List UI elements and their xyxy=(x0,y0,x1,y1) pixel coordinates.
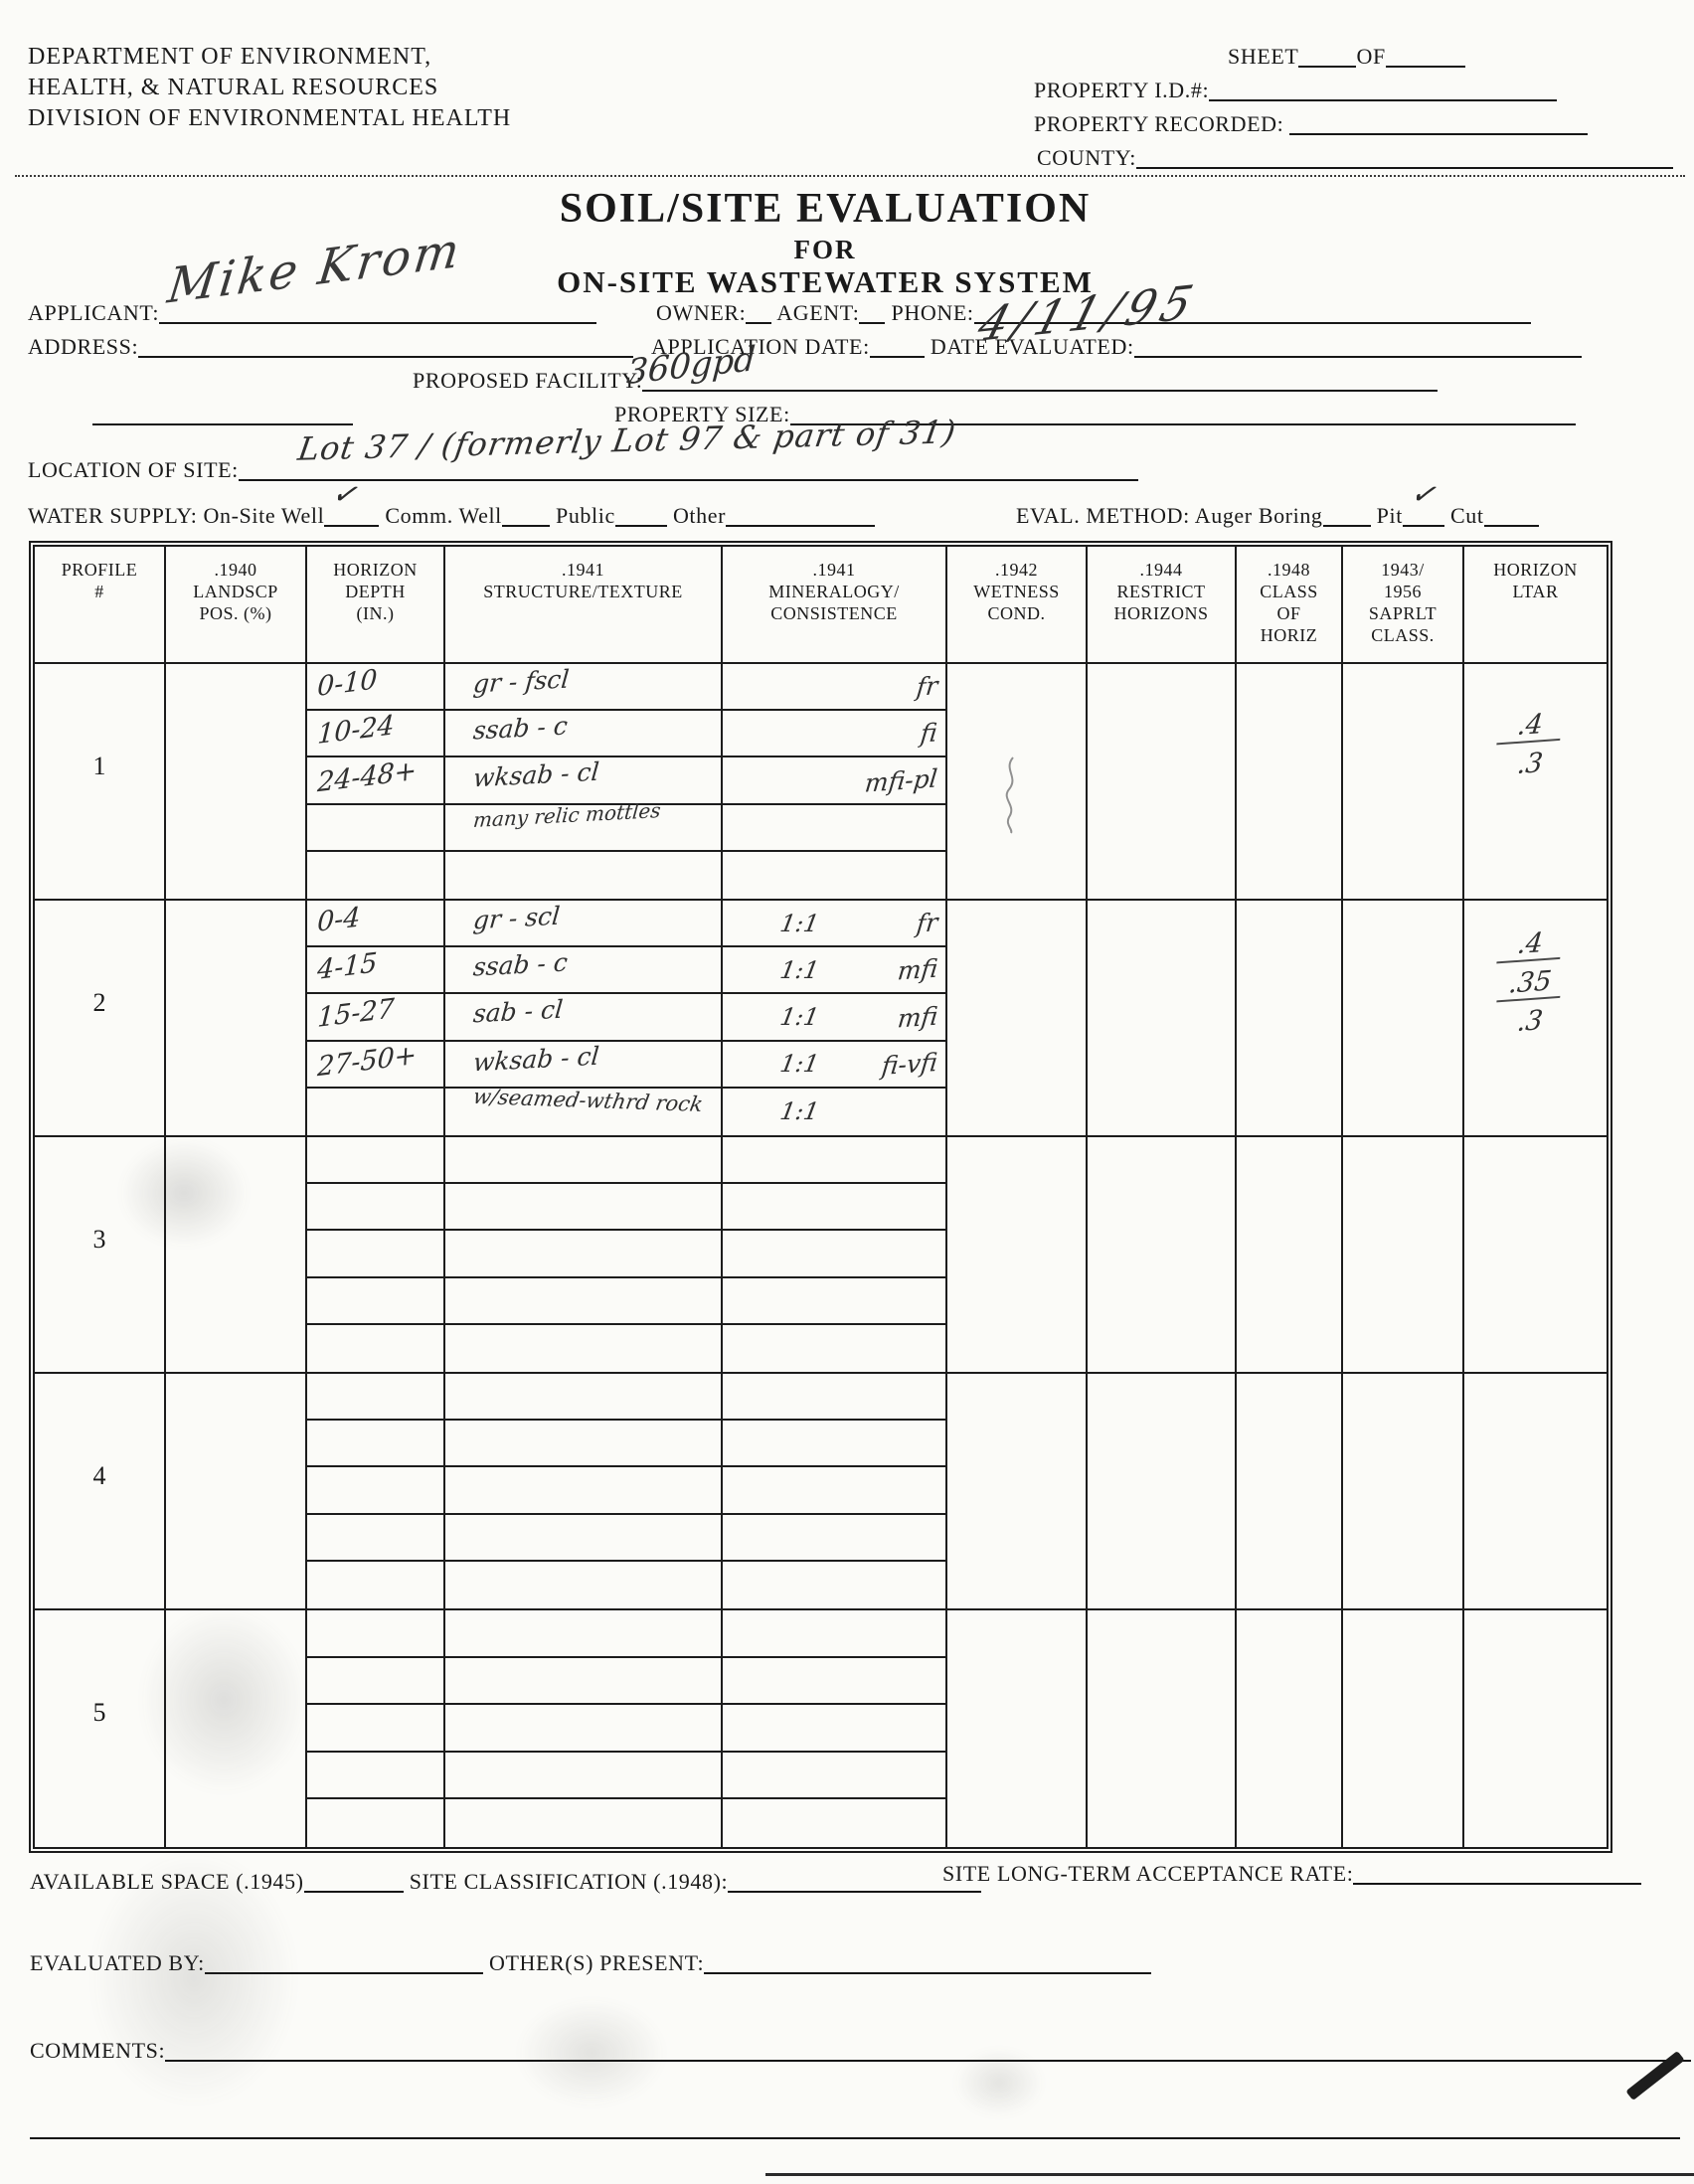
depth-cell: 15-27 xyxy=(307,994,445,1039)
structure-cell xyxy=(445,1753,723,1798)
horizon-row xyxy=(307,1421,947,1467)
comm-well-blank xyxy=(502,503,550,527)
depth-cell xyxy=(307,1421,445,1465)
proposed-facility-blank xyxy=(642,368,1438,392)
horizon-row: 24-48+ wksab - cl mfi-pl xyxy=(307,757,947,804)
consistence-value: fr xyxy=(915,671,938,702)
restrict-horizons-cell xyxy=(1088,901,1237,1135)
owner-blank xyxy=(746,300,771,324)
agency-name: DEPARTMENT OF ENVIRONMENT, HEALTH, & NAT… xyxy=(28,42,511,134)
mineralogy-cell: fi xyxy=(723,711,947,756)
landscape-position-cell xyxy=(166,901,307,1135)
mineralogy-cell xyxy=(723,1515,947,1560)
restrict-horizons-cell xyxy=(1088,1374,1237,1608)
depth-cell xyxy=(307,1562,445,1608)
depth-cell: 0-10 xyxy=(307,664,445,709)
horizon-row xyxy=(307,1705,947,1753)
scanned-soil-site-evaluation-form: DEPARTMENT OF ENVIRONMENT, HEALTH, & NAT… xyxy=(0,0,1694,2184)
depth-value: 0-10 xyxy=(316,664,378,703)
consistence-value: mfi xyxy=(896,954,938,986)
structure-cell xyxy=(445,1278,723,1323)
horizon-row: w/seamed-wthrd rock 1:1 xyxy=(307,1089,947,1135)
address-second-blank xyxy=(92,402,353,425)
mineralogy-cell xyxy=(723,1658,947,1704)
depth-value: 15-27 xyxy=(316,993,395,1034)
structure-cell xyxy=(445,1184,723,1229)
profile-block-3: 3 xyxy=(35,1137,1607,1374)
others-present-blank xyxy=(704,1950,1151,1974)
restrict-horizons-cell xyxy=(1088,664,1237,899)
comments-line-2 xyxy=(30,2115,1680,2140)
depth-cell xyxy=(307,1705,445,1751)
mineralogy-cell: 1:1 xyxy=(723,1089,947,1135)
other-blank xyxy=(726,503,875,527)
depth-cell: 24-48+ xyxy=(307,757,445,802)
depth-cell xyxy=(307,1799,445,1847)
ltar-value: .4 xyxy=(1496,708,1563,746)
structure-cell: ssab - c xyxy=(445,947,723,992)
profile-block-5: 5 xyxy=(35,1610,1607,1847)
property-id-label: PROPERTY I.D.#: xyxy=(1034,78,1209,102)
profile-number: 2 xyxy=(35,901,166,1135)
ltar-value: .4 xyxy=(1496,926,1563,964)
structure-cell: gr - scl xyxy=(445,901,723,945)
structure-cell: ssab - c xyxy=(445,711,723,756)
header-depth: HORIZON DEPTH (IN.) xyxy=(307,547,445,662)
profile-number: 3 xyxy=(35,1137,166,1372)
class-of-horizon-cell xyxy=(1237,1610,1343,1847)
address-label: ADDRESS: xyxy=(28,334,138,359)
mineralogy-cell: mfi-pl xyxy=(723,757,947,802)
profile-block-4: 4 xyxy=(35,1374,1607,1610)
mineralogy-cell: fr xyxy=(723,664,947,709)
profile-block-1: 1 0-10 gr - fscl fr 10-24 ssab - c fi 24… xyxy=(35,664,1607,901)
water-supply-label: WATER SUPPLY: xyxy=(28,503,197,528)
sheet-line: SHEETOF xyxy=(1228,44,1465,70)
site-ltar-line: SITE LONG-TERM ACCEPTANCE RATE: xyxy=(942,1861,1641,1887)
comments-blank xyxy=(165,2038,1691,2062)
evaluated-by-line: EVALUATED BY: OTHER(S) PRESENT: xyxy=(30,1950,1151,1976)
site-classification-label: SITE CLASSIFICATION (.1948): xyxy=(410,1869,729,1894)
on-site-well-blank: ✓ xyxy=(324,503,379,527)
ltar-cell xyxy=(1464,1137,1607,1372)
mineralogy-cell: 1:1fr xyxy=(723,901,947,945)
wetness-cell xyxy=(947,1610,1088,1847)
consistence-value: mfi xyxy=(896,1001,938,1033)
eval-method-label: EVAL. METHOD: xyxy=(1016,503,1190,528)
depth-value: 10-24 xyxy=(316,710,395,751)
available-space-blank xyxy=(304,1869,404,1893)
depth-value: 27-50+ xyxy=(317,1039,418,1083)
mineralogy-cell xyxy=(723,1799,947,1847)
saprolite-class-cell xyxy=(1343,664,1464,899)
on-site-well-label: On-Site Well xyxy=(204,503,325,528)
address-line: ADDRESS: xyxy=(28,334,633,360)
eval-method-line: EVAL. METHOD: Auger Boring Pit✓ Cut xyxy=(1016,503,1539,529)
depth-cell xyxy=(307,1137,445,1182)
agent-blank xyxy=(859,300,885,324)
auger-boring-label: Auger Boring xyxy=(1195,503,1323,528)
structure-value: ssab - c xyxy=(472,715,569,744)
structure-cell xyxy=(445,1325,723,1372)
saprolite-class-cell xyxy=(1343,1374,1464,1608)
depth-cell xyxy=(307,1231,445,1275)
mineralogy-cell: 1:1mfi xyxy=(723,947,947,992)
agency-line-3: DIVISION OF ENVIRONMENTAL HEALTH xyxy=(28,103,511,134)
horizon-row xyxy=(307,1467,947,1514)
on-site-well-checkmark: ✓ xyxy=(330,475,360,513)
restrict-horizons-cell xyxy=(1088,1137,1237,1372)
property-recorded-label: PROPERTY RECORDED: xyxy=(1034,111,1283,136)
consistence-value: fr xyxy=(915,908,938,938)
available-space-line: AVAILABLE SPACE (.1945) SITE CLASSIFICAT… xyxy=(30,1869,981,1895)
applicant-label: APPLICANT: xyxy=(28,300,159,325)
address-blank-line2 xyxy=(92,402,353,426)
ltar-cell xyxy=(1464,1374,1607,1608)
sheet-of-label: OF xyxy=(1356,44,1385,69)
depth-cell: 0-4 xyxy=(307,901,445,945)
dates-line: APPLICATION DATE: DATE EVALUATED: xyxy=(651,334,1582,360)
profile-number: 5 xyxy=(35,1610,166,1847)
horizon-row xyxy=(307,1137,947,1184)
wetness-cell xyxy=(947,901,1088,1135)
header-landscape: .1940 LANDSCP POS. (%) xyxy=(166,547,307,662)
horizon-rows xyxy=(307,1137,947,1372)
address-blank xyxy=(138,334,633,358)
structure-cell xyxy=(445,1562,723,1608)
ltar-value: .35 xyxy=(1496,965,1563,1003)
class-of-horizon-cell xyxy=(1237,901,1343,1135)
depth-cell: 27-50+ xyxy=(307,1042,445,1087)
horizon-row: 15-27 sab - cl 1:1mfi xyxy=(307,994,947,1041)
property-id-blank xyxy=(1209,78,1557,101)
class-of-horizon-cell xyxy=(1237,664,1343,899)
depth-value: 4-15 xyxy=(316,947,378,986)
wetness-cell xyxy=(947,1374,1088,1608)
structure-value: gr - fscl xyxy=(472,667,570,696)
property-recorded-blank xyxy=(1289,111,1588,135)
header-saprolite: 1943/ 1956 SAPRLT CLASS. xyxy=(1343,547,1464,662)
horizon-row: 10-24 ssab - c fi xyxy=(307,711,947,757)
horizon-row xyxy=(307,1753,947,1800)
header-restrict: .1944 RESTRICT HORIZONS xyxy=(1088,547,1237,662)
consistence-value: fi xyxy=(920,719,939,749)
wetness-cell xyxy=(947,664,1088,899)
depth-cell: 4-15 xyxy=(307,947,445,992)
depth-cell xyxy=(307,1515,445,1560)
saprolite-class-cell xyxy=(1343,901,1464,1135)
structure-cell: gr - fscl xyxy=(445,664,723,709)
landscape-position-cell xyxy=(166,1374,307,1608)
header-ltar: HORIZON LTAR xyxy=(1464,547,1607,662)
structure-cell xyxy=(445,1799,723,1847)
scan-artifact xyxy=(765,2173,1694,2176)
horizon-row: 0-4 gr - scl 1:1fr xyxy=(307,901,947,947)
depth-cell xyxy=(307,1278,445,1323)
depth-cell xyxy=(307,852,445,899)
comments-line: COMMENTS: xyxy=(30,2038,1691,2064)
structure-cell: sab - cl xyxy=(445,994,723,1039)
horizon-row xyxy=(307,1374,947,1421)
mineralogy-cell: 1:1fi-vfi xyxy=(723,1042,947,1087)
evaluated-by-blank xyxy=(205,1950,483,1974)
mineralogy-cell: 1:1mfi xyxy=(723,994,947,1039)
mineralogy-ratio: 1:1 xyxy=(778,1003,822,1031)
structure-cell xyxy=(445,1374,723,1419)
structure-cell: wksab - cl xyxy=(445,1042,723,1087)
county-blank xyxy=(1136,145,1673,169)
available-space-label: AVAILABLE SPACE (.1945) xyxy=(30,1869,304,1894)
structure-cell xyxy=(445,1705,723,1751)
saprolite-class-cell xyxy=(1343,1610,1464,1847)
agent-label: AGENT: xyxy=(776,300,859,325)
date-evaluated-blank xyxy=(1134,334,1582,358)
site-ltar-label: SITE LONG-TERM ACCEPTANCE RATE: xyxy=(942,1861,1353,1886)
horizon-row: 27-50+ wksab - cl 1:1fi-vfi xyxy=(307,1042,947,1089)
mineralogy-cell xyxy=(723,1231,947,1275)
horizon-row xyxy=(307,1799,947,1847)
header-mineralogy: .1941 MINERALOGY/ CONSISTENCE xyxy=(723,547,947,662)
structure-cell xyxy=(445,1610,723,1656)
depth-cell xyxy=(307,1610,445,1656)
comm-well-label: Comm. Well xyxy=(385,503,502,528)
pit-blank: ✓ xyxy=(1403,503,1444,527)
structure-cell: wksab - cl xyxy=(445,757,723,802)
landscape-position-cell xyxy=(166,1610,307,1847)
wetness-cell xyxy=(947,1137,1088,1372)
structure-cell: w/seamed-wthrd rock xyxy=(445,1089,723,1135)
horizon-rows xyxy=(307,1374,947,1608)
structure-cell xyxy=(445,1515,723,1560)
ltar-value: .3 xyxy=(1496,1004,1563,1040)
public-label: Public xyxy=(556,503,615,528)
mineralogy-cell xyxy=(723,1562,947,1608)
auger-boring-blank xyxy=(1323,503,1371,527)
consistence-value: mfi-pl xyxy=(864,763,939,797)
ltar-value: .3 xyxy=(1496,747,1563,782)
mineralogy-ratio: 1:1 xyxy=(778,956,822,984)
applicant-line: APPLICANT: xyxy=(28,300,596,326)
mineralogy-cell xyxy=(723,1421,947,1465)
cut-label: Cut xyxy=(1450,503,1484,528)
structure-cell xyxy=(445,1421,723,1465)
location-line: LOCATION OF SITE: xyxy=(28,457,1138,483)
structure-cell xyxy=(445,1231,723,1275)
sheet-label: SHEET xyxy=(1228,44,1298,69)
consistence-value: fi-vfi xyxy=(881,1048,939,1081)
mineralogy-ratio: 1:1 xyxy=(778,910,822,937)
table-header-row: PROFILE # .1940 LANDSCP POS. (%) HORIZON… xyxy=(35,547,1607,664)
horizon-rows xyxy=(307,1610,947,1847)
class-of-horizon-cell xyxy=(1237,1374,1343,1608)
soil-profile-table: PROFILE # .1940 LANDSCP POS. (%) HORIZON… xyxy=(33,545,1609,1849)
structure-value: w/seamed-wthrd rock xyxy=(471,1085,705,1116)
form-title: SOIL/SITE EVALUATION xyxy=(0,185,1650,233)
restrict-horizons-cell xyxy=(1088,1610,1237,1847)
location-label: LOCATION OF SITE: xyxy=(28,457,239,482)
profile-number: 1 xyxy=(35,664,166,899)
mineralogy-cell xyxy=(723,1184,947,1229)
proposed-facility-label: PROPOSED FACILITY: xyxy=(413,368,642,393)
horizon-row xyxy=(307,1562,947,1608)
structure-cell xyxy=(445,1467,723,1512)
depth-cell xyxy=(307,1753,445,1798)
comments-second-blank xyxy=(30,2115,1680,2139)
stray-pen-mark xyxy=(999,756,1025,835)
horizon-row xyxy=(307,1278,947,1325)
pit-checkmark: ✓ xyxy=(1409,475,1439,513)
phone-label: PHONE: xyxy=(892,300,974,325)
sheet-number-blank xyxy=(1298,44,1356,68)
other-label: Other xyxy=(673,503,726,528)
horizon-row xyxy=(307,1515,947,1562)
landscape-position-cell xyxy=(166,664,307,899)
mineralogy-cell xyxy=(723,1705,947,1751)
depth-cell xyxy=(307,805,445,850)
depth-value: 24-48+ xyxy=(317,756,418,799)
mineralogy-cell xyxy=(723,1467,947,1512)
agency-line-1: DEPARTMENT OF ENVIRONMENT, xyxy=(28,42,511,73)
depth-cell xyxy=(307,1374,445,1419)
class-of-horizon-cell xyxy=(1237,1137,1343,1372)
depth-cell xyxy=(307,1089,445,1135)
mineralogy-cell xyxy=(723,1753,947,1798)
mineralogy-cell xyxy=(723,1325,947,1372)
saprolite-class-cell xyxy=(1343,1137,1464,1372)
profile-number: 4 xyxy=(35,1374,166,1608)
horizon-row: many relic mottles xyxy=(307,805,947,852)
county-line: COUNTY: xyxy=(1037,145,1673,171)
agency-line-2: HEALTH, & NATURAL RESOURCES xyxy=(28,73,511,103)
depth-cell xyxy=(307,1325,445,1372)
mineralogy-ratio: 1:1 xyxy=(778,1097,822,1125)
horizon-row xyxy=(307,1231,947,1277)
horizon-row: 0-10 gr - fscl fr xyxy=(307,664,947,711)
header-class: .1948 CLASS OF HORIZ xyxy=(1237,547,1343,662)
horizon-row xyxy=(307,1658,947,1706)
application-date-blank xyxy=(870,334,925,358)
mineralogy-cell xyxy=(723,1278,947,1323)
site-ltar-blank xyxy=(1353,1861,1641,1885)
structure-cell xyxy=(445,1137,723,1182)
structure-value: wksab - cl xyxy=(472,760,600,791)
comments-label: COMMENTS: xyxy=(30,2038,165,2063)
depth-cell xyxy=(307,1658,445,1704)
structure-cell: many relic mottles xyxy=(445,805,723,850)
proposed-facility-line: PROPOSED FACILITY: xyxy=(413,368,1438,394)
mineralogy-ratio: 1:1 xyxy=(778,1050,822,1078)
structure-cell xyxy=(445,852,723,899)
structure-value: ssab - c xyxy=(472,951,569,980)
ltar-cell: .4 .35 .3 xyxy=(1464,901,1607,1135)
public-blank xyxy=(615,503,667,527)
mineralogy-cell xyxy=(723,805,947,850)
header-wetness: .1942 WETNESS COND. xyxy=(947,547,1088,662)
structure-cell xyxy=(445,1658,723,1704)
landscape-position-cell xyxy=(166,1137,307,1372)
mineralogy-cell xyxy=(723,1374,947,1419)
mineralogy-cell xyxy=(723,1137,947,1182)
owner-label: OWNER: xyxy=(656,300,746,325)
evaluated-by-label: EVALUATED BY: xyxy=(30,1950,205,1975)
others-present-label: OTHER(S) PRESENT: xyxy=(489,1950,704,1975)
ltar-cell: .4 .3 xyxy=(1464,664,1607,899)
structure-value: gr - scl xyxy=(472,905,561,933)
header-structure: .1941 STRUCTURE/TEXTURE xyxy=(445,547,723,662)
horizon-row: 4-15 ssab - c 1:1mfi xyxy=(307,947,947,994)
depth-cell xyxy=(307,1184,445,1229)
horizon-row xyxy=(307,852,947,899)
property-recorded-line: PROPERTY RECORDED: xyxy=(1034,111,1588,137)
mineralogy-cell xyxy=(723,852,947,899)
structure-value: sab - cl xyxy=(472,998,564,1027)
mineralogy-cell xyxy=(723,1610,947,1656)
cut-blank xyxy=(1484,503,1539,527)
horizon-row xyxy=(307,1325,947,1372)
horizon-rows: 0-10 gr - fscl fr 10-24 ssab - c fi 24-4… xyxy=(307,664,947,899)
depth-cell: 10-24 xyxy=(307,711,445,756)
header-profile: PROFILE # xyxy=(35,547,166,662)
profile-block-2: 2 0-4 gr - scl 1:1fr 4-15 ssab - c 1:1mf… xyxy=(35,901,1607,1137)
structure-value: wksab - cl xyxy=(472,1044,600,1075)
horizon-row xyxy=(307,1610,947,1658)
horizon-row xyxy=(307,1184,947,1231)
depth-cell xyxy=(307,1467,445,1512)
water-supply-line: WATER SUPPLY: On-Site Well✓ Comm. Well P… xyxy=(28,503,875,529)
sheet-total-blank xyxy=(1386,44,1465,68)
county-label: COUNTY: xyxy=(1037,145,1136,170)
letterhead-divider xyxy=(15,175,1685,177)
pit-label: Pit xyxy=(1377,503,1403,528)
ltar-cell xyxy=(1464,1610,1607,1847)
property-id-line: PROPERTY I.D.#: xyxy=(1034,78,1557,103)
depth-value: 0-4 xyxy=(316,902,361,938)
horizon-rows: 0-4 gr - scl 1:1fr 4-15 ssab - c 1:1mfi … xyxy=(307,901,947,1135)
